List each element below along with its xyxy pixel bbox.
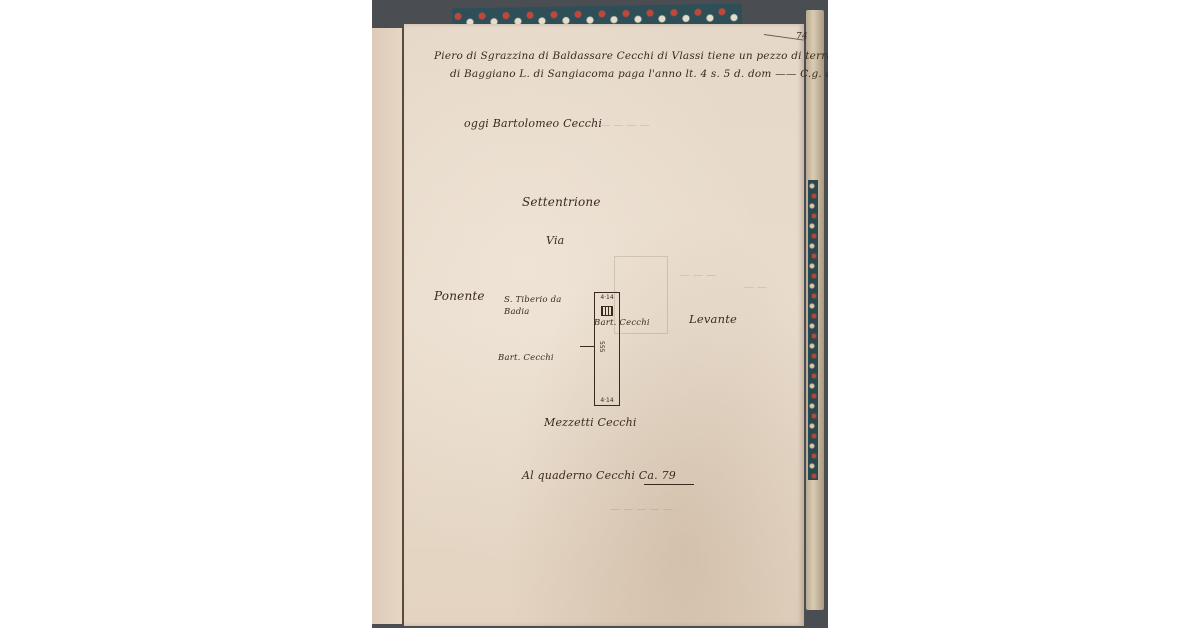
footer-reference: Al quaderno Cecchi Ca. 79 [522,469,676,482]
map-label-north: Settentrione [522,195,601,209]
bleedthrough-text: — — — — — — [574,120,650,131]
folio-number: 74 [796,32,808,42]
bleedthrough-text: — — — — — [610,504,673,515]
house-icon [601,306,613,316]
marbled-cover-right [808,180,818,480]
parcel-bottom-number: 4·14 [595,397,619,404]
southwest-neighbor-label: Bart. Cecchi [498,353,554,363]
boundary-tick [580,346,594,347]
bleedthrough-sketch [614,256,668,334]
bleedthrough-text: — — [744,282,767,293]
header-line-1: Piero di Sgrazzina di Baldassare Cecchi … [434,50,828,62]
reference-underline [644,484,694,485]
manuscript-scan: 74 Piero di Sgrazzina di Baldassare Cecc… [372,0,828,628]
manuscript-page: 74 Piero di Sgrazzina di Baldassare Cecc… [404,24,804,626]
bleedthrough-text: — — — [680,270,716,281]
left-page-edge [372,28,404,624]
map-label-east: Levante [689,312,737,326]
map-label-west: Ponente [434,289,485,303]
south-neighbor-label: Mezzetti Cecchi [544,416,637,429]
parcel-side-measure: 555 [598,341,605,352]
map-label-road: Via [546,234,564,247]
header-line-2: di Baggiano L. di Sangiacoma paga l'anno… [450,68,828,80]
west-neighbor-label: S. Tiberio da Badia [504,294,584,318]
